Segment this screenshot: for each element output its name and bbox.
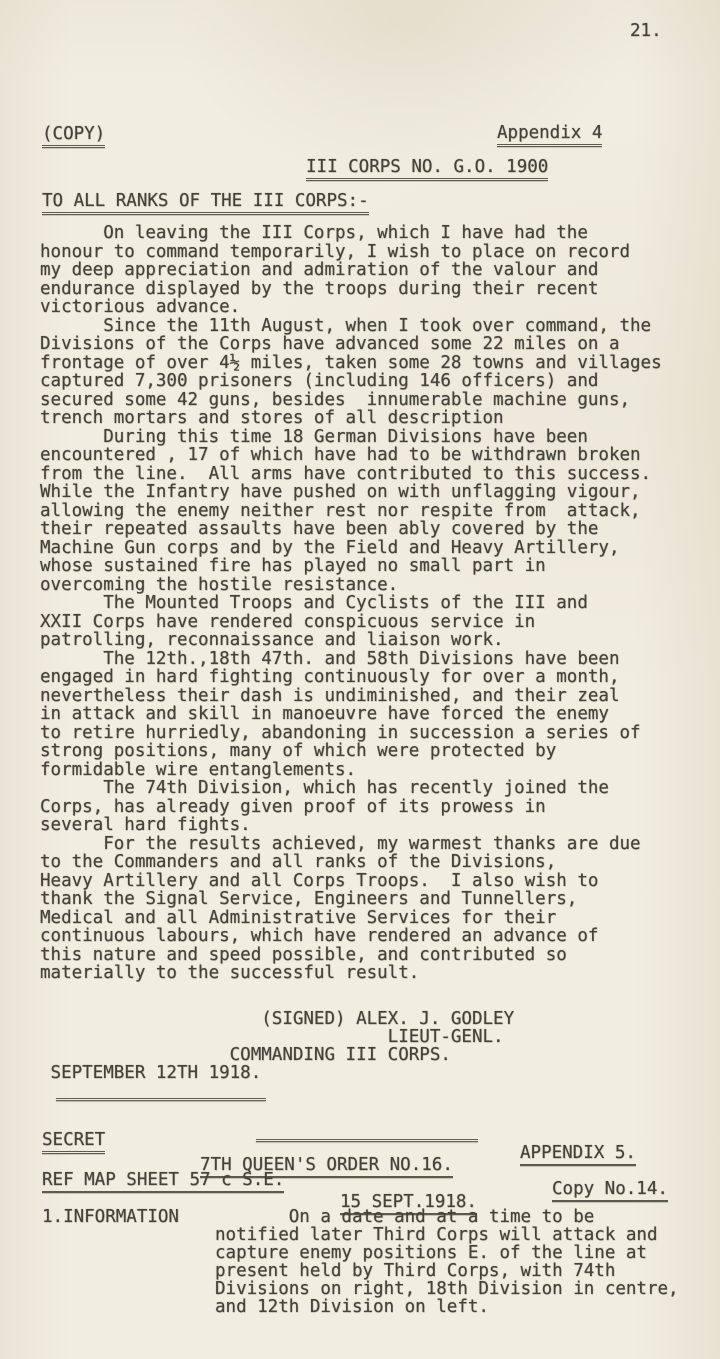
appendix4-title: III CORPS NO. G.O. 1900	[306, 158, 548, 181]
information-text: On a date and at a time to be notified l…	[215, 1208, 679, 1316]
appendix5-label: APPENDIX 5.	[520, 1144, 636, 1166]
signature-block: (SIGNED) ALEX. J. GODLEY LIEUT-GENL. COM…	[40, 1010, 514, 1082]
copy-number: Copy No.14.	[552, 1180, 668, 1202]
information-heading: 1.INFORMATION	[42, 1208, 179, 1227]
document-page: 21. (COPY) Appendix 4 III CORPS NO. G.O.…	[0, 0, 720, 1359]
copy-stamp: (COPY)	[42, 125, 105, 148]
body-text: On leaving the III Corps, which I have h…	[40, 224, 662, 983]
appendix4-label: Appendix 4	[497, 124, 602, 147]
section-divider	[56, 1098, 266, 1101]
page-number: 21.	[630, 22, 662, 41]
secret-classification: SECRET	[42, 1131, 105, 1154]
map-reference: REF MAP SHEET 57 c S.E.	[42, 1171, 284, 1193]
salutation: TO ALL RANKS OF THE III CORPS:-	[42, 192, 369, 215]
order-title-rule	[256, 1139, 478, 1142]
